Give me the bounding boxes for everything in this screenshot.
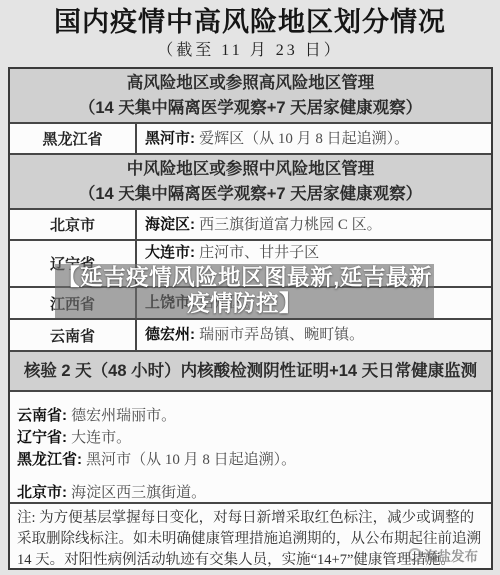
province-cell: 北京市 <box>10 210 137 239</box>
verify-item-liaoning: 辽宁省: 大连市。 <box>17 427 483 449</box>
page-title: 国内疫情中高风险地区划分情况 <box>0 5 500 39</box>
caption-line-2: 疫情防控】 <box>187 291 302 317</box>
title-block: 国内疫情中高风险地区划分情况 （截至 11 月 23 日） <box>0 0 500 62</box>
high-risk-header-line2: （14 天集中隔离医学观察+7 天居家健康观察） <box>79 96 422 121</box>
city-label: 大连市: <box>145 244 195 261</box>
caption-overlay: 【延吉疫情风险地区图最新,延吉最新 疫情防控】 <box>55 264 434 318</box>
caption-line-1: 【延吉疫情风险地区图最新,延吉最新 <box>57 265 432 291</box>
city-label: 海淀区: <box>145 216 195 233</box>
province-label: 辽宁省: <box>17 429 67 446</box>
verify-detail: 大连市。 <box>71 430 131 446</box>
verify-item-yunnan: 云南省: 德宏州瑞丽市。 <box>17 405 483 427</box>
table-row-heilongjiang: 黑龙江省 黑河市: 爱辉区（从 10 月 8 日起追溯）。 <box>10 124 491 155</box>
medium-risk-section-header: 中风险地区或参照中风险地区管理 （14 天集中隔离医学观察+7 天居家健康观察） <box>10 155 491 210</box>
area-detail: 庄河市、甘井子区 <box>199 245 319 261</box>
area-detail: 爱辉区（从 10 月 8 日起追溯）。 <box>199 131 409 147</box>
high-risk-section-header: 高风险地区或参照高风险地区管理 （14 天集中隔离医学观察+7 天居家健康观察） <box>10 69 491 124</box>
verify-section-header: 核验 2 天（48 小时）内核酸检测阴性证明+14 天日常健康监测 <box>10 352 491 392</box>
table-row-beijing: 北京市 海淀区: 西三旗街道富力桃园 C 区。 <box>10 210 491 241</box>
province-label: 黑龙江省: <box>17 451 82 468</box>
watermark: 海盐发布 <box>408 545 478 565</box>
detail-line: 黑河市: 爱辉区（从 10 月 8 日起追溯）。 <box>145 128 485 150</box>
detail-line: 大连市: 庄河市、甘井子区 <box>145 242 485 264</box>
detail-line: 德宏州: 瑞丽市弄岛镇、畹町镇。 <box>145 324 485 346</box>
medium-risk-header-line1: 中风险地区或参照中风险地区管理 <box>127 157 375 182</box>
verify-header-text: 核验 2 天（48 小时）内核酸检测阴性证明+14 天日常健康监测 <box>24 359 477 384</box>
detail-cell: 黑河市: 爱辉区（从 10 月 8 日起追溯）。 <box>137 124 491 153</box>
document-page: 国内疫情中高风险地区划分情况 （截至 11 月 23 日） 高风险地区或参照高风… <box>0 0 500 575</box>
city-label: 黑河市: <box>145 130 195 147</box>
footnote-line-1: 注: 为方便基层掌握每日变化，对每日新增采取红色标注，减少或调整的 <box>17 508 484 529</box>
detail-line: 海淀区: 西三旗街道富力桃园 C 区。 <box>145 214 485 236</box>
verify-item-heilongjiang: 黑龙江省: 黑河市（从 10 月 8 日起追溯）。 <box>17 449 483 471</box>
province-cell: 云南省 <box>10 320 137 350</box>
city-label: 德宏州: <box>145 326 195 343</box>
province-label: 云南省: <box>17 407 67 424</box>
watermark-text: 海盐发布 <box>424 545 478 565</box>
detail-cell: 德宏州: 瑞丽市弄岛镇、畹町镇。 <box>137 320 491 350</box>
verify-detail: 德宏州瑞丽市。 <box>71 408 176 424</box>
high-risk-header-line1: 高风险地区或参照高风险地区管理 <box>127 71 375 96</box>
verify-item-beijing: 北京市: 海淀区西三旗街道。 <box>17 482 483 504</box>
province-cell: 黑龙江省 <box>10 124 137 153</box>
page-subtitle: （截至 11 月 23 日） <box>0 40 500 62</box>
area-detail: 瑞丽市弄岛镇、畹町镇。 <box>199 327 364 343</box>
area-detail: 西三旗街道富力桃园 C 区。 <box>199 217 382 233</box>
watermark-logo-icon <box>408 548 422 562</box>
table-row-yunnan: 云南省 德宏州: 瑞丽市弄岛镇、畹町镇。 <box>10 320 491 352</box>
detail-cell: 海淀区: 西三旗街道富力桃园 C 区。 <box>137 210 491 239</box>
verify-list: 云南省: 德宏州瑞丽市。 辽宁省: 大连市。 黑龙江省: 黑河市（从 10 月 … <box>10 392 491 504</box>
province-label: 北京市: <box>17 484 67 501</box>
verify-detail: 黑河市（从 10 月 8 日起追溯）。 <box>86 452 296 468</box>
medium-risk-header-line2: （14 天集中隔离医学观察+7 天居家健康观察） <box>79 182 422 207</box>
verify-detail: 海淀区西三旗街道。 <box>71 485 206 501</box>
risk-area-table: 高风险地区或参照高风险地区管理 （14 天集中隔离医学观察+7 天居家健康观察）… <box>8 67 493 570</box>
